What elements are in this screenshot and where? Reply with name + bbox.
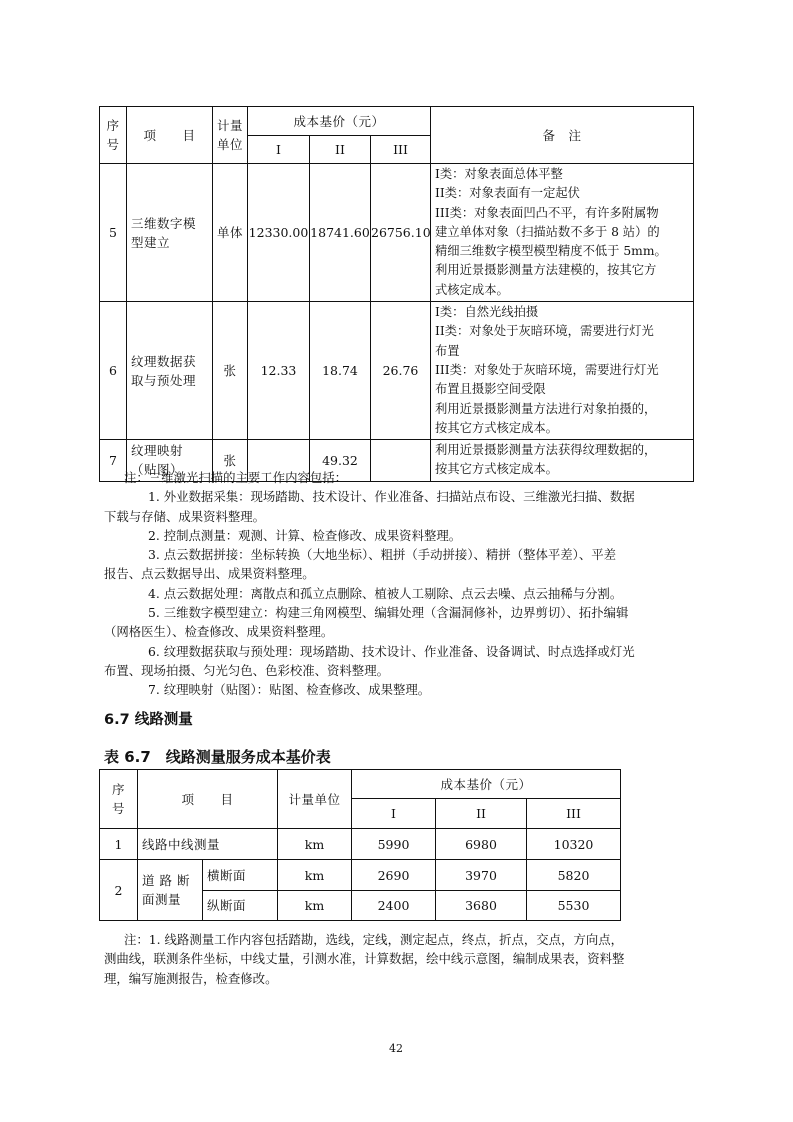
header-grade-2: II bbox=[310, 136, 371, 164]
row-price-3: 5820 bbox=[527, 860, 621, 891]
row-price-2: 3970 bbox=[436, 860, 527, 891]
header-grade-2: II bbox=[436, 799, 527, 829]
header-grade-3: III bbox=[371, 136, 431, 164]
notes-intro: 注：三维激光扫描的主要工作内容包括： bbox=[104, 468, 694, 487]
header-cost-group: 成本基价（元） bbox=[248, 107, 431, 136]
note-item-3: 3. 点云数据拼接：坐标转换（大地坐标）、粗拼（手动拼接）、精拼（整体平差）、平… bbox=[104, 545, 694, 564]
header-grade-3: III bbox=[527, 799, 621, 829]
note-item-3-cont: 报告、点云数据导出、成果资料整理。 bbox=[104, 564, 694, 583]
header-item: 项 目 bbox=[138, 770, 278, 829]
header-unit: 计量单位 bbox=[213, 107, 248, 164]
note-item-2: 2. 控制点测量：观测、计算、检查修改、成果资料整理。 bbox=[104, 526, 694, 545]
row-item: 三维数字模型建立 bbox=[127, 164, 213, 302]
page-number: 42 bbox=[389, 1042, 403, 1055]
row-unit: km bbox=[278, 860, 352, 891]
row-price-3: 5530 bbox=[527, 891, 621, 921]
row-seq: 2 bbox=[100, 860, 138, 921]
row-unit: 单体 bbox=[213, 164, 248, 302]
route-survey-cost-table: 序号 项 目 计量单位 成本基价（元） I II III 1 线路中线测量 km… bbox=[99, 769, 621, 921]
table-row: 1 线路中线测量 km 5990 6980 10320 bbox=[100, 829, 621, 860]
row-subitem: 横断面 bbox=[203, 860, 278, 891]
row-price-1: 2690 bbox=[352, 860, 436, 891]
table-row: 2 道 路 断面测量 横断面 km 2690 3970 5820 bbox=[100, 860, 621, 891]
row-item: 纹理数据获取与预处理 bbox=[127, 302, 213, 440]
note-item-6-cont: 布置、现场拍摄、匀光匀色、色彩校准、资料整理。 bbox=[104, 661, 694, 680]
header-item: 项 目 bbox=[127, 107, 213, 164]
row-unit: km bbox=[278, 829, 352, 860]
row-seq: 5 bbox=[100, 164, 127, 302]
row-price-3: 26.76 bbox=[371, 302, 431, 440]
header-seq: 序号 bbox=[100, 770, 138, 829]
note-item-7: 7. 纹理映射（贴图）：贴图、检查修改、成果整理。 bbox=[104, 680, 694, 699]
row-price-3: 10320 bbox=[527, 829, 621, 860]
row-seq: 6 bbox=[100, 302, 127, 440]
route-note-line-3: 理，编写施测报告，检查修改。 bbox=[104, 969, 694, 988]
row-group: 道 路 断面测量 bbox=[138, 860, 203, 921]
row-item: 线路中线测量 bbox=[138, 829, 278, 860]
note-item-1-cont: 下载与存储、成果资料整理。 bbox=[104, 507, 694, 526]
note-item-1: 1. 外业数据采集：现场踏勘、技术设计、作业准备、扫描站点布设、三维激光扫描、数… bbox=[104, 487, 694, 506]
header-seq: 序号 bbox=[100, 107, 127, 164]
header-remark: 备 注 bbox=[431, 107, 694, 164]
row-price-3: 26756.10 bbox=[371, 164, 431, 302]
row-price-2: 6980 bbox=[436, 829, 527, 860]
row-unit: 张 bbox=[213, 302, 248, 440]
row-remark: I类：自然光线拍摄 II类：对象处于灰暗环境，需要进行灯光 布置 III类：对象… bbox=[431, 302, 694, 440]
row-seq: 1 bbox=[100, 829, 138, 860]
table-row: 5 三维数字模型建立 单体 12330.00 18741.60 26756.10… bbox=[100, 164, 694, 302]
table-row: 6 纹理数据获取与预处理 张 12.33 18.74 26.76 I类：自然光线… bbox=[100, 302, 694, 440]
header-cost-group: 成本基价（元） bbox=[352, 770, 621, 799]
row-price-1: 5990 bbox=[352, 829, 436, 860]
note-item-4: 4. 点云数据处理：离散点和孤立点删除、植被人工剔除、点云去噪、点云抽稀与分割。 bbox=[104, 584, 694, 603]
header-grade-1: I bbox=[248, 136, 310, 164]
row-price-1: 12.33 bbox=[248, 302, 310, 440]
row-price-2: 18741.60 bbox=[310, 164, 371, 302]
row-unit: km bbox=[278, 891, 352, 921]
row-price-2: 18.74 bbox=[310, 302, 371, 440]
route-notes: 注：1. 线路测量工作内容包括踏勘，选线，定线，测定起点，终点，折点，交点，方向… bbox=[104, 930, 694, 988]
route-note-line-2: 测曲线，联测条件坐标，中线丈量，引测水准，计算数据，绘中线示意图，编制成果表，资… bbox=[104, 949, 694, 968]
note-item-5: 5. 三维数字模型建立：构建三角网模型、编辑处理（含漏洞修补，边界剪切）、拓扑编… bbox=[104, 603, 694, 622]
row-subitem: 纵断面 bbox=[203, 891, 278, 921]
row-price-2: 3680 bbox=[436, 891, 527, 921]
table-notes: 注：三维激光扫描的主要工作内容包括： 1. 外业数据采集：现场踏勘、技术设计、作… bbox=[104, 468, 694, 700]
row-remark: I类：对象表面总体平整 II类：对象表面有一定起伏 III类：对象表面凹凸不平，… bbox=[431, 164, 694, 302]
route-note-line-1: 注：1. 线路测量工作内容包括踏勘，选线，定线，测定起点，终点，折点，交点，方向… bbox=[104, 930, 694, 949]
table-caption: 表 6.7 线路测量服务成本基价表 bbox=[104, 746, 331, 767]
row-price-1: 12330.00 bbox=[248, 164, 310, 302]
note-item-6: 6. 纹理数据获取与预处理：现场踏勘、技术设计、作业准备、设备调试、时点选择或灯… bbox=[104, 642, 694, 661]
section-heading: 6.7 线路测量 bbox=[104, 708, 193, 729]
row-price-1: 2400 bbox=[352, 891, 436, 921]
header-unit: 计量单位 bbox=[278, 770, 352, 829]
header-grade-1: I bbox=[352, 799, 436, 829]
note-item-5-cont: （网格医生）、检查修改、成果资料整理。 bbox=[104, 622, 694, 641]
cost-table-continued: 序号 项 目 计量单位 成本基价（元） 备 注 I II III 5 三维数字模… bbox=[99, 106, 694, 482]
